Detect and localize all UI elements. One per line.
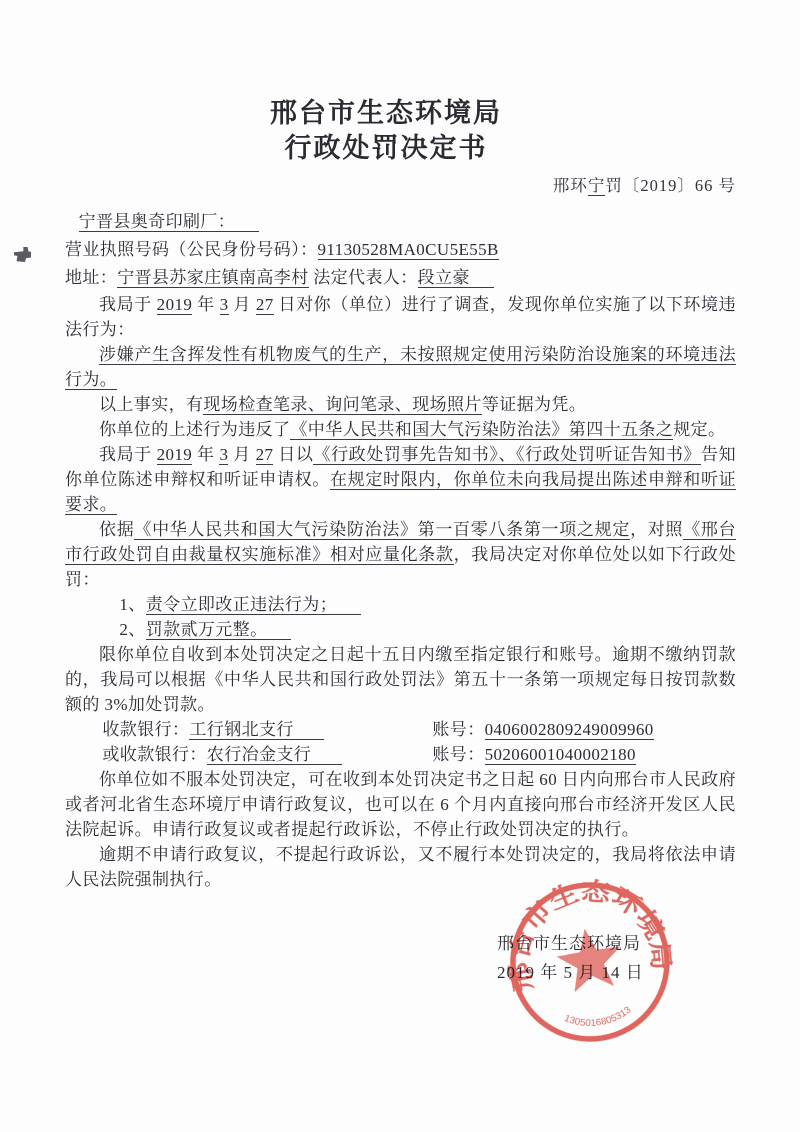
text-run: 你单位如不服本处罚决定，可在收到本处罚决定书之日起 60 日内向邢台市人民政府或…	[65, 770, 736, 839]
document-body: 宁晋县奥奇印刷厂：营业执照号码（公民身份号码）：91130528MA0CU5E5…	[65, 208, 736, 892]
paragraph: 你单位的上述行为违反了《中华人民共和国大气污染防治法》第四十五条之规定。	[65, 417, 736, 442]
filled-blank-text: 宁	[588, 176, 606, 196]
filled-blank-text: 宁晋县奥奇印刷厂：	[79, 212, 259, 232]
filled-blank-text: 27	[256, 445, 274, 465]
filled-blank-text: 《中华人民共和国大气污染防治法》第四十五条之	[290, 420, 673, 440]
text-run: 邢环	[553, 176, 588, 195]
text-run: 法定代表人：	[309, 268, 418, 287]
filled-blank-text: 27	[256, 295, 274, 315]
bank-row: 或收款银行：农行冶金支行账号：50206001040002180	[65, 742, 736, 767]
account-field: 账号：0406002809249009960	[432, 717, 653, 742]
text-run: 账号：	[432, 745, 484, 764]
filled-blank-text: 2019	[157, 295, 193, 315]
stamp-star-icon	[553, 923, 626, 994]
paragraph: 1、责令立即改正违法行为；	[65, 592, 736, 617]
text-run: 我局于	[99, 295, 157, 314]
filled-blank-text: 2019	[157, 445, 193, 465]
official-stamp: 邢台市生态环境局 1305016805313	[481, 853, 698, 1070]
text-run: 月	[229, 295, 256, 314]
text-run: 罚〔2019〕66 号	[605, 176, 736, 195]
text-run: ，对照	[630, 520, 683, 539]
text-run: 限你单位自收到本处罚决定之日起十五日内缴至指定银行和账号。逾期不缴纳罚款的，我局…	[65, 645, 736, 714]
paragraph: 我局于 2019 年 3 月 27 日对你（单位）进行了调查，发现你单位实施了以…	[65, 292, 736, 342]
paragraph: 宁晋县奥奇印刷厂：	[65, 208, 736, 236]
text-run: 账号：	[432, 720, 484, 739]
bank-name: 农行冶金支行	[207, 745, 342, 765]
text-run: 日以	[273, 445, 313, 464]
filled-blank-text: 罚款贰万元整。	[146, 620, 292, 640]
text-run: 年	[192, 445, 219, 464]
text-run: 以上事实，有	[99, 395, 203, 414]
scan-artifact	[14, 247, 31, 262]
text-run: 地址：	[65, 268, 117, 287]
bank-field: 或收款银行：农行冶金支行	[102, 742, 432, 767]
text-run: 等证据为凭。	[482, 395, 586, 414]
title-doc-type: 行政处罚决定书	[0, 131, 786, 166]
paragraph: 2、罚款贰万元整。	[65, 617, 736, 642]
text-run: 营业执照号码（公民身份号码）：	[65, 240, 318, 259]
filled-blank-text: 91130528MA0CU5E55B	[318, 240, 499, 260]
paragraph: 我局于 2019 年 3 月 27 日以《行政处罚事先告知书》、《行政处罚听证告…	[65, 442, 736, 517]
paragraph: 你单位如不服本处罚决定，可在收到本处罚决定书之日起 60 日内向邢台市人民政府或…	[65, 767, 736, 842]
account-field: 账号：50206001040002180	[432, 742, 636, 767]
account-number: 50206001040002180	[485, 745, 636, 765]
text-run: 你单位的上述行为违反了	[99, 420, 290, 439]
bank-row: 收款银行：工行钢北支行账号：0406002809249009960	[65, 717, 736, 742]
text-run: 收款银行：	[102, 720, 189, 739]
text-run: 月	[228, 445, 255, 464]
bank-name: 工行钢北支行	[189, 720, 324, 740]
document-title: 邢台市生态环境局 行政处罚决定书	[0, 0, 786, 166]
text-run: 年	[192, 295, 219, 314]
filled-blank-text: 3	[220, 295, 229, 315]
filled-blank-text: 宁晋县苏家庄镇南高李村	[117, 268, 308, 288]
title-agency: 邢台市生态环境局	[0, 96, 786, 131]
text-run: 依据	[99, 520, 134, 539]
text-run: 规定。	[673, 420, 725, 439]
text-run: 1、	[119, 595, 145, 614]
filled-blank-text: 《行政处罚事先告知书》、《行政处罚听证告知书》	[313, 445, 701, 465]
text-run: 我局于	[99, 445, 157, 464]
paragraph: 依据《中华人民共和国大气污染防治法》第一百零八条第一项之规定，对照《邢台市行政处…	[65, 517, 736, 592]
penalty-decision-document: 邢台市生态环境局 行政处罚决定书 邢环宁罚〔2019〕66 号 宁晋县奥奇印刷厂…	[0, 0, 800, 1132]
filled-blank-text: 现场检查笔录、询问笔录、现场照片	[203, 395, 481, 415]
filled-blank-text: 责令立即改正违法行为；	[146, 595, 361, 615]
paragraph: 限你单位自收到本处罚决定之日起十五日内缴至指定银行和账号。逾期不缴纳罚款的，我局…	[65, 642, 736, 717]
text-run: 2、	[119, 620, 145, 639]
paragraph: 以上事实，有现场检查笔录、询问笔录、现场照片等证据为凭。	[65, 392, 736, 417]
paragraph: 涉嫌产生含挥发性有机物废气的生产，未按照规定使用污染防治设施案的环境违法行为。	[65, 342, 736, 392]
bank-field: 收款银行：工行钢北支行	[102, 717, 432, 742]
doc-number: 邢环宁罚〔2019〕66 号	[0, 172, 800, 196]
filled-blank-text: 《中华人民共和国大气污染防治法》第一百零八条第一项之规定	[134, 520, 630, 540]
filled-blank-text: 段立豪	[418, 268, 494, 288]
filled-blank-text: 涉嫌产生含挥发性有机物废气的生产，未按照规定使用污染防治设施案的环境违法行为。	[65, 345, 736, 390]
account-number: 0406002809249009960	[485, 720, 654, 740]
paragraph: 营业执照号码（公民身份号码）：91130528MA0CU5E55B	[65, 236, 736, 264]
text-run: 或收款银行：	[102, 745, 206, 764]
paragraph: 地址：宁晋县苏家庄镇南高李村 法定代表人：段立豪	[65, 264, 736, 292]
